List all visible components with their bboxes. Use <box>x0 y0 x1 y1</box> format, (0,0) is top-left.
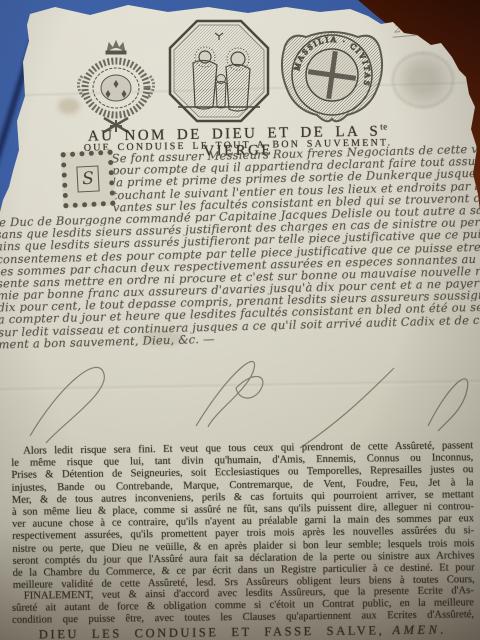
embossed-seal-stamp <box>392 52 454 108</box>
printed-clause-risk: Alors ledit risque sera fini. Et veut qu… <box>11 440 475 592</box>
amen-label: AMEN. <box>384 623 447 638</box>
initial-letter: S <box>76 165 99 192</box>
royal-coat-of-arms-woodcut <box>70 38 162 136</box>
marseille-arms-woodcut: MASSILIA · CIVITAS <box>276 26 388 128</box>
printed-clause-final: FINALEMENT, veut & ainsi d'accord avec l… <box>12 585 474 627</box>
photograph-of-insurance-document: MASSILIA · CIVITAS 243/6 AU NOM DE DIEU … <box>0 0 480 640</box>
header-superscript: te <box>380 121 388 131</box>
signature-flourishes <box>0 330 480 452</box>
holy-family-woodcut <box>166 17 272 125</box>
parchment-sheet: MASSILIA · CIVITAS 243/6 AU NOM DE DIEU … <box>0 0 480 640</box>
ornamental-initial-block: S <box>61 150 116 209</box>
